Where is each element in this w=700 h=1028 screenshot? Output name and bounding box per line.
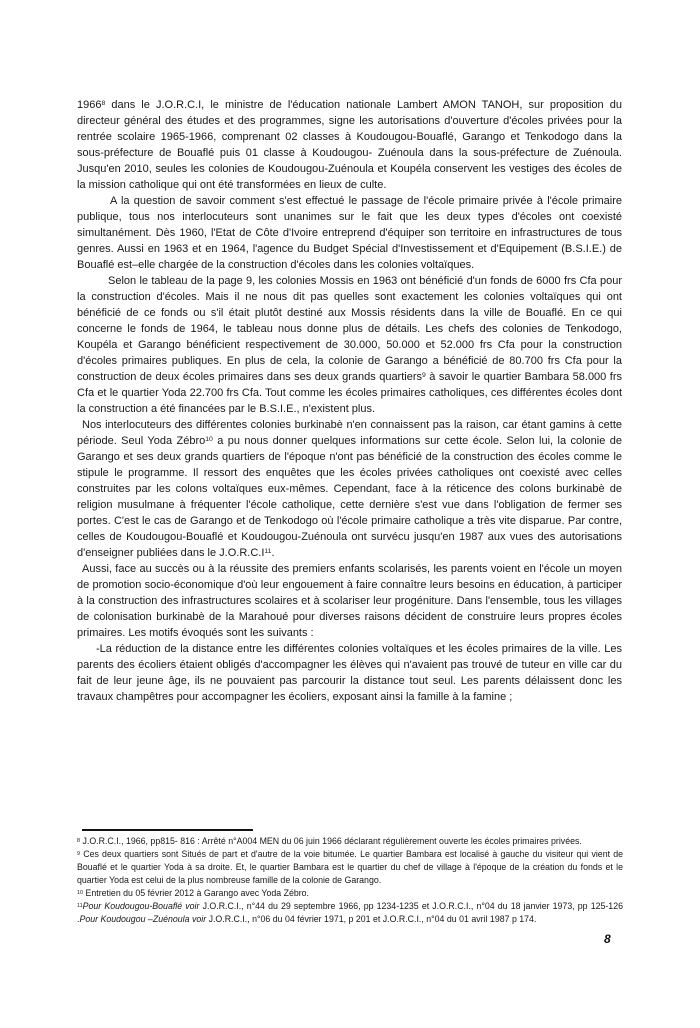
footnote: 8 J.O.R.C.I., 1966, pp815- 816 : Arrêté … [77, 835, 623, 848]
body-paragraph: Selon le tableau de la page 9, les colon… [77, 273, 622, 417]
text-run: 1966 [77, 99, 101, 111]
body-paragraph: 19668 dans le J.O.R.C.I, le ministre de … [77, 97, 622, 193]
text-run: A la question de savoir comment s'est ef… [77, 195, 622, 271]
superscript-marker: 10 [205, 436, 213, 443]
body-paragraph: -La réduction de la distance entre les d… [77, 641, 622, 705]
superscript-marker: 10 [77, 890, 83, 896]
superscript-marker: 8 [101, 100, 105, 107]
superscript-marker: 8 [77, 838, 80, 844]
superscript-marker: 11 [264, 548, 271, 555]
body-paragraph: Aussi, face au succès ou à la réussite d… [77, 561, 622, 641]
body-paragraph: Nos interlocuteurs des différentes colon… [77, 417, 622, 561]
text-run: Entretien du 05 février 2012 à Garango a… [83, 888, 309, 898]
text-run: Ces deux quartiers sont Situés de part e… [77, 849, 623, 885]
text-run: dans le J.O.R.C.I, le ministre de l'éduc… [77, 99, 622, 191]
text-run: Selon le tableau de la page 9, les colon… [77, 275, 622, 383]
text-run: J.O.R.C.I., 1966, pp815- 816 : Arrêté n°… [80, 836, 582, 846]
superscript-marker: 11 [77, 903, 83, 909]
footnote: 10 Entretien du 05 février 2012 à Garang… [77, 887, 623, 900]
page-body-text: 19668 dans le J.O.R.C.I, le ministre de … [77, 97, 622, 705]
page-number: 8 [604, 932, 628, 946]
footnote: 9 Ces deux quartiers sont Situés de part… [77, 848, 623, 887]
text-run: a pu nous donner quelques informations s… [77, 435, 622, 559]
italic-citation: Pour Koudougou –Zuénoula voir [79, 914, 208, 924]
text-run: . [271, 547, 274, 559]
document-page: 19668 dans le J.O.R.C.I, le ministre de … [0, 0, 700, 1028]
text-run: Aussi, face au succès ou à la réussite d… [77, 563, 622, 639]
footnotes-section: 8 J.O.R.C.I., 1966, pp815- 816 : Arrêté … [77, 835, 623, 926]
italic-citation: Pour Koudougou-Bouaflé voir [83, 901, 203, 911]
superscript-marker: 9 [77, 851, 80, 857]
text-run: J.O.R.C.I., n°06 du 04 février 1971, p 2… [209, 914, 537, 924]
text-run: -La réduction de la distance entre les d… [77, 643, 622, 703]
footnote-separator [82, 829, 253, 831]
body-paragraph: A la question de savoir comment s'est ef… [77, 193, 622, 273]
superscript-marker: 9 [422, 372, 426, 379]
footnote: 11Pour Koudougou-Bouaflé voir J.O.R.C.I.… [77, 900, 623, 926]
